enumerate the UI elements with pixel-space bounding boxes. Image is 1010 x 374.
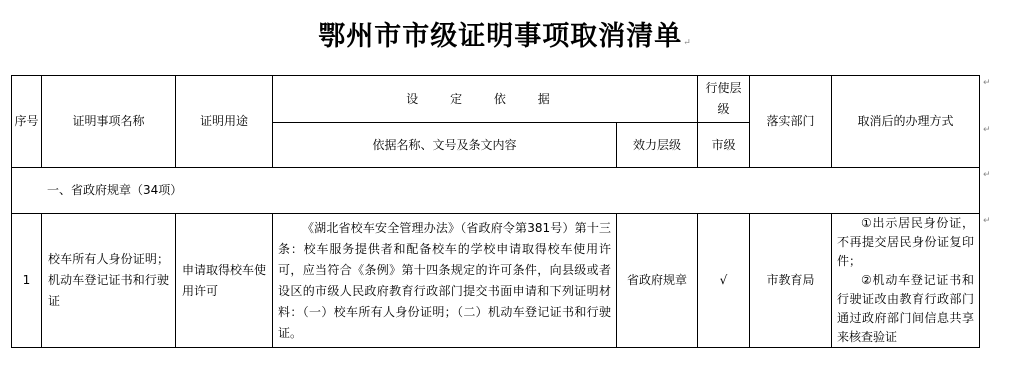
handling-step-2: ②机动车登记证书和行驶证改由教育行政部门通过政府部门间信息共享来核查验证	[837, 271, 974, 347]
handling-step-1: ①出示居民身份证，不再提交居民身份证复印件；	[837, 214, 974, 271]
paragraph-mark-icon: ↵	[983, 125, 991, 135]
header-city-level: 市级	[698, 123, 750, 168]
certificate-cancellation-table: 序号 证明事项名称 证明用途 设 定 依 据 行使层级 落实部门 取消后的办理方…	[11, 75, 980, 348]
row-basis-content: 《湖北省校车安全管理办法》（省政府令第381号）第十三条：校车服务提供者和配备校…	[273, 214, 617, 348]
row-purpose: 申请取得校车使用许可	[176, 214, 273, 348]
paragraph-mark-icon: ↵	[983, 170, 991, 180]
title-text: 鄂州市市级证明事项取消清单	[318, 21, 682, 52]
paragraph-mark-icon: ↵	[983, 78, 991, 88]
page-title: 鄂州市市级证明事项取消清单↵	[0, 14, 1010, 53]
header-purpose: 证明用途	[176, 76, 273, 168]
row-item-name: 校车所有人身份证明；机动车登记证书和行驶证	[42, 214, 176, 348]
row-department: 市教育局	[750, 214, 832, 348]
header-seq: 序号	[12, 76, 42, 168]
paragraph-mark-icon: ↵	[983, 216, 991, 226]
header-handling-after: 取消后的办理方式	[832, 76, 980, 168]
row-seq: 1	[12, 214, 42, 348]
section-title: 一、省政府规章（34项）	[12, 168, 980, 214]
header-effect-level: 效力层级	[617, 123, 698, 168]
section-row: 一、省政府规章（34项）	[12, 168, 980, 214]
header-department: 落实部门	[750, 76, 832, 168]
header-exercise-level: 行使层级	[698, 76, 750, 123]
row-city-level-check: √	[698, 214, 750, 348]
table-row: 1 校车所有人身份证明；机动车登记证书和行驶证 申请取得校车使用许可 《湖北省校…	[12, 214, 980, 348]
header-row-1: 序号 证明事项名称 证明用途 设 定 依 据 行使层级 落实部门 取消后的办理方…	[12, 76, 980, 123]
paragraph-mark-icon: ↵	[683, 38, 692, 48]
header-basis-group: 设 定 依 据	[273, 76, 698, 123]
row-handling-after: ①出示居民身份证，不再提交居民身份证复印件； ②机动车登记证书和行驶证改由教育行…	[832, 214, 980, 348]
header-basis-content: 依据名称、文号及条文内容	[273, 123, 617, 168]
header-item-name: 证明事项名称	[42, 76, 176, 168]
row-effect-level: 省政府规章	[617, 214, 698, 348]
